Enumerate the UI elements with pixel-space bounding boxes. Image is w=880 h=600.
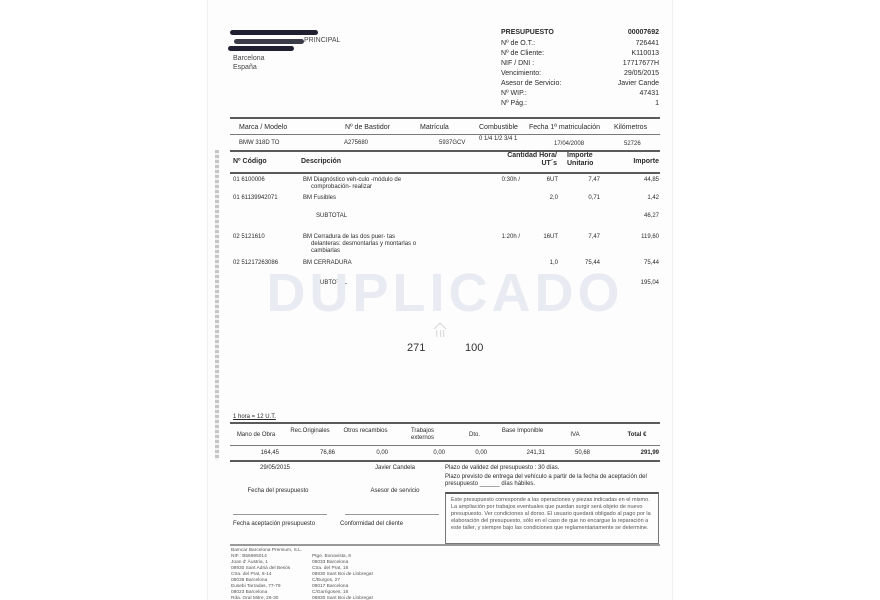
doc-field-label: Nº WIP.: bbox=[501, 90, 527, 97]
subtotal-amount: 46,27 bbox=[615, 213, 659, 219]
customer-suffix: PRINCIPAL bbox=[304, 37, 340, 44]
doc-field-label: Asesor de Servicio: bbox=[501, 80, 561, 87]
divider bbox=[230, 445, 660, 446]
doc-field-label: Nº de Cliente: bbox=[501, 50, 544, 57]
advisor-label: Asesor de servicio bbox=[355, 488, 435, 494]
line-amount: 119,60 bbox=[615, 234, 659, 240]
vehicle-firstreg-header: Fecha 1ª matriculación bbox=[529, 124, 600, 131]
vehicle-km-header: Kilómetros bbox=[614, 124, 647, 131]
vehicle-chassis: A275680 bbox=[344, 140, 368, 146]
line-code: 01 6100006 bbox=[233, 177, 265, 183]
doc-field-value: Javier Cande bbox=[590, 80, 659, 87]
customer-country: España bbox=[233, 64, 257, 71]
redacted-name bbox=[230, 30, 318, 35]
totals-header: Trabajos externos bbox=[400, 428, 445, 442]
totals-header: Rec.Originales bbox=[285, 428, 335, 435]
validity-line-1: Plazo de validez del presupuesto : 30 dí… bbox=[445, 465, 559, 471]
line-unit-price: 7,47 bbox=[565, 177, 600, 183]
vehicle-first-reg: 17/04/2008 bbox=[554, 141, 584, 147]
redacted-address bbox=[234, 39, 304, 44]
document-number: 00007692 bbox=[600, 29, 659, 36]
budget-date-label: Fecha del presupuesto bbox=[238, 488, 318, 494]
line-amount: 1,42 bbox=[615, 195, 659, 201]
line-qty: 16UT bbox=[528, 234, 558, 240]
col-amount-header: Importe bbox=[620, 158, 659, 165]
doc-field-value: 1 bbox=[590, 100, 659, 107]
doc-field-label: Nº de O.T.: bbox=[501, 40, 535, 47]
line-description: BM Diagnóstico veh-culo -módulo de bbox=[303, 177, 401, 183]
hour-note: 1 hora = 12 U.T. bbox=[233, 414, 276, 420]
overlay-number-right: 100 bbox=[465, 342, 483, 354]
col-qty-header: Cantidad Hora/ UT´s bbox=[505, 152, 557, 168]
divider bbox=[230, 422, 660, 424]
total-amount: 291,99 bbox=[615, 450, 659, 456]
footer-company: Bamcar Barcelona Premium, S.L. NIF.: B56… bbox=[231, 548, 302, 600]
totals-header: Total € bbox=[615, 432, 659, 439]
divider bbox=[230, 172, 660, 174]
side-registry-text bbox=[215, 150, 219, 460]
totals-value: 76,86 bbox=[285, 450, 335, 456]
overlay-number-left: 271 bbox=[407, 342, 425, 354]
doc-field-label: Vencimiento: bbox=[501, 70, 541, 77]
doc-field-value: K110013 bbox=[590, 50, 659, 57]
line-description-cont: comprobación- realizar bbox=[311, 184, 372, 190]
document-title: PRESUPUESTO bbox=[501, 29, 554, 36]
subtotal-label: SUBTOTAL bbox=[316, 213, 347, 219]
col-unit-header: Importe Unitario bbox=[567, 152, 603, 168]
totals-value: 0,00 bbox=[343, 450, 388, 456]
vehicle-plate: 5937GCV bbox=[439, 140, 465, 146]
line-qty: 2,0 bbox=[528, 195, 558, 201]
totals-header: Otros recambios bbox=[343, 428, 388, 435]
vehicle-km: 52726 bbox=[624, 141, 641, 147]
col-description-header: Descripción bbox=[301, 158, 341, 165]
totals-header: Mano de Obra bbox=[233, 432, 279, 439]
totals-header: Base Imponible bbox=[500, 428, 545, 435]
line-hours: 0:30h / bbox=[490, 177, 520, 183]
signature-line bbox=[345, 514, 439, 515]
vehicle-model: BMW 318D TO bbox=[239, 140, 279, 146]
redacted-address-2 bbox=[228, 46, 294, 51]
budget-date: 29/05/2015 bbox=[240, 465, 310, 471]
footer-addresses: Ptge. Bonavista, 8 08033 Barcelona Ctra.… bbox=[312, 548, 373, 600]
line-unit-price: 7,47 bbox=[565, 234, 600, 240]
totals-value: 50,68 bbox=[560, 450, 590, 456]
totals-value: 241,31 bbox=[500, 450, 545, 456]
doc-field-value: 47431 bbox=[590, 90, 659, 97]
line-description: BM Fusibles bbox=[303, 195, 336, 201]
client-conformity-label: Conformidad del cliente bbox=[340, 521, 403, 527]
line-description: BM Cerradura de las dos puer- tas bbox=[303, 234, 395, 240]
totals-value: 0,00 bbox=[462, 450, 487, 456]
col-code-header: Nº Código bbox=[233, 158, 267, 165]
line-amount: 44,85 bbox=[615, 177, 659, 183]
doc-field-label: NIF / DNI : bbox=[501, 60, 534, 67]
home-icon bbox=[433, 322, 447, 338]
divider bbox=[230, 117, 660, 119]
line-description-cont: delanteras: desmontarlas y montarlas o bbox=[311, 241, 416, 247]
divider bbox=[230, 134, 660, 135]
totals-value: 0,00 bbox=[400, 450, 445, 456]
validity-line-3: presupuesto ______ días hábiles. bbox=[445, 481, 535, 487]
line-qty: 6UT bbox=[528, 177, 558, 183]
advisor-name: Javier Candela bbox=[360, 465, 430, 471]
totals-header: IVA bbox=[560, 432, 590, 439]
validity-line-2: Plazo previsto de entrega del vehículo a… bbox=[445, 474, 647, 480]
totals-header: Dto. bbox=[462, 432, 487, 439]
doc-field-value: 29/05/2015 bbox=[590, 70, 659, 77]
line-unit-price: 0,71 bbox=[565, 195, 600, 201]
duplicate-watermark: DUPLICADO bbox=[250, 262, 640, 324]
doc-field-value: 726441 bbox=[590, 40, 659, 47]
totals-value: 164,45 bbox=[233, 450, 279, 456]
divider bbox=[230, 460, 660, 462]
customer-city: Barcelona bbox=[233, 55, 265, 62]
acceptance-date-label: Fecha aceptación presupuesto bbox=[233, 521, 315, 527]
vehicle-fuel-header: Combustible bbox=[479, 124, 518, 131]
terms-box: Este presupuesto corresponde a las opera… bbox=[445, 492, 659, 544]
line-code: 02 5121610 bbox=[233, 234, 265, 240]
doc-field-value: 17717677H bbox=[590, 60, 659, 67]
vehicle-chassis-header: Nº de Bastidor bbox=[345, 124, 390, 131]
doc-field-label: Nº Pág.: bbox=[501, 100, 527, 107]
vehicle-fuel: 0 1/4 1/2 3/4 1 bbox=[479, 136, 517, 142]
divider bbox=[230, 544, 660, 546]
vehicle-model-header: Marca / Modelo bbox=[239, 124, 287, 131]
line-hours: 1:20h / bbox=[490, 234, 520, 240]
vehicle-plate-header: Matrícula bbox=[420, 124, 449, 131]
line-description-cont: cambiarlas bbox=[311, 248, 340, 254]
line-code: 01 61139942071 bbox=[233, 195, 278, 201]
signature-line bbox=[233, 514, 327, 515]
